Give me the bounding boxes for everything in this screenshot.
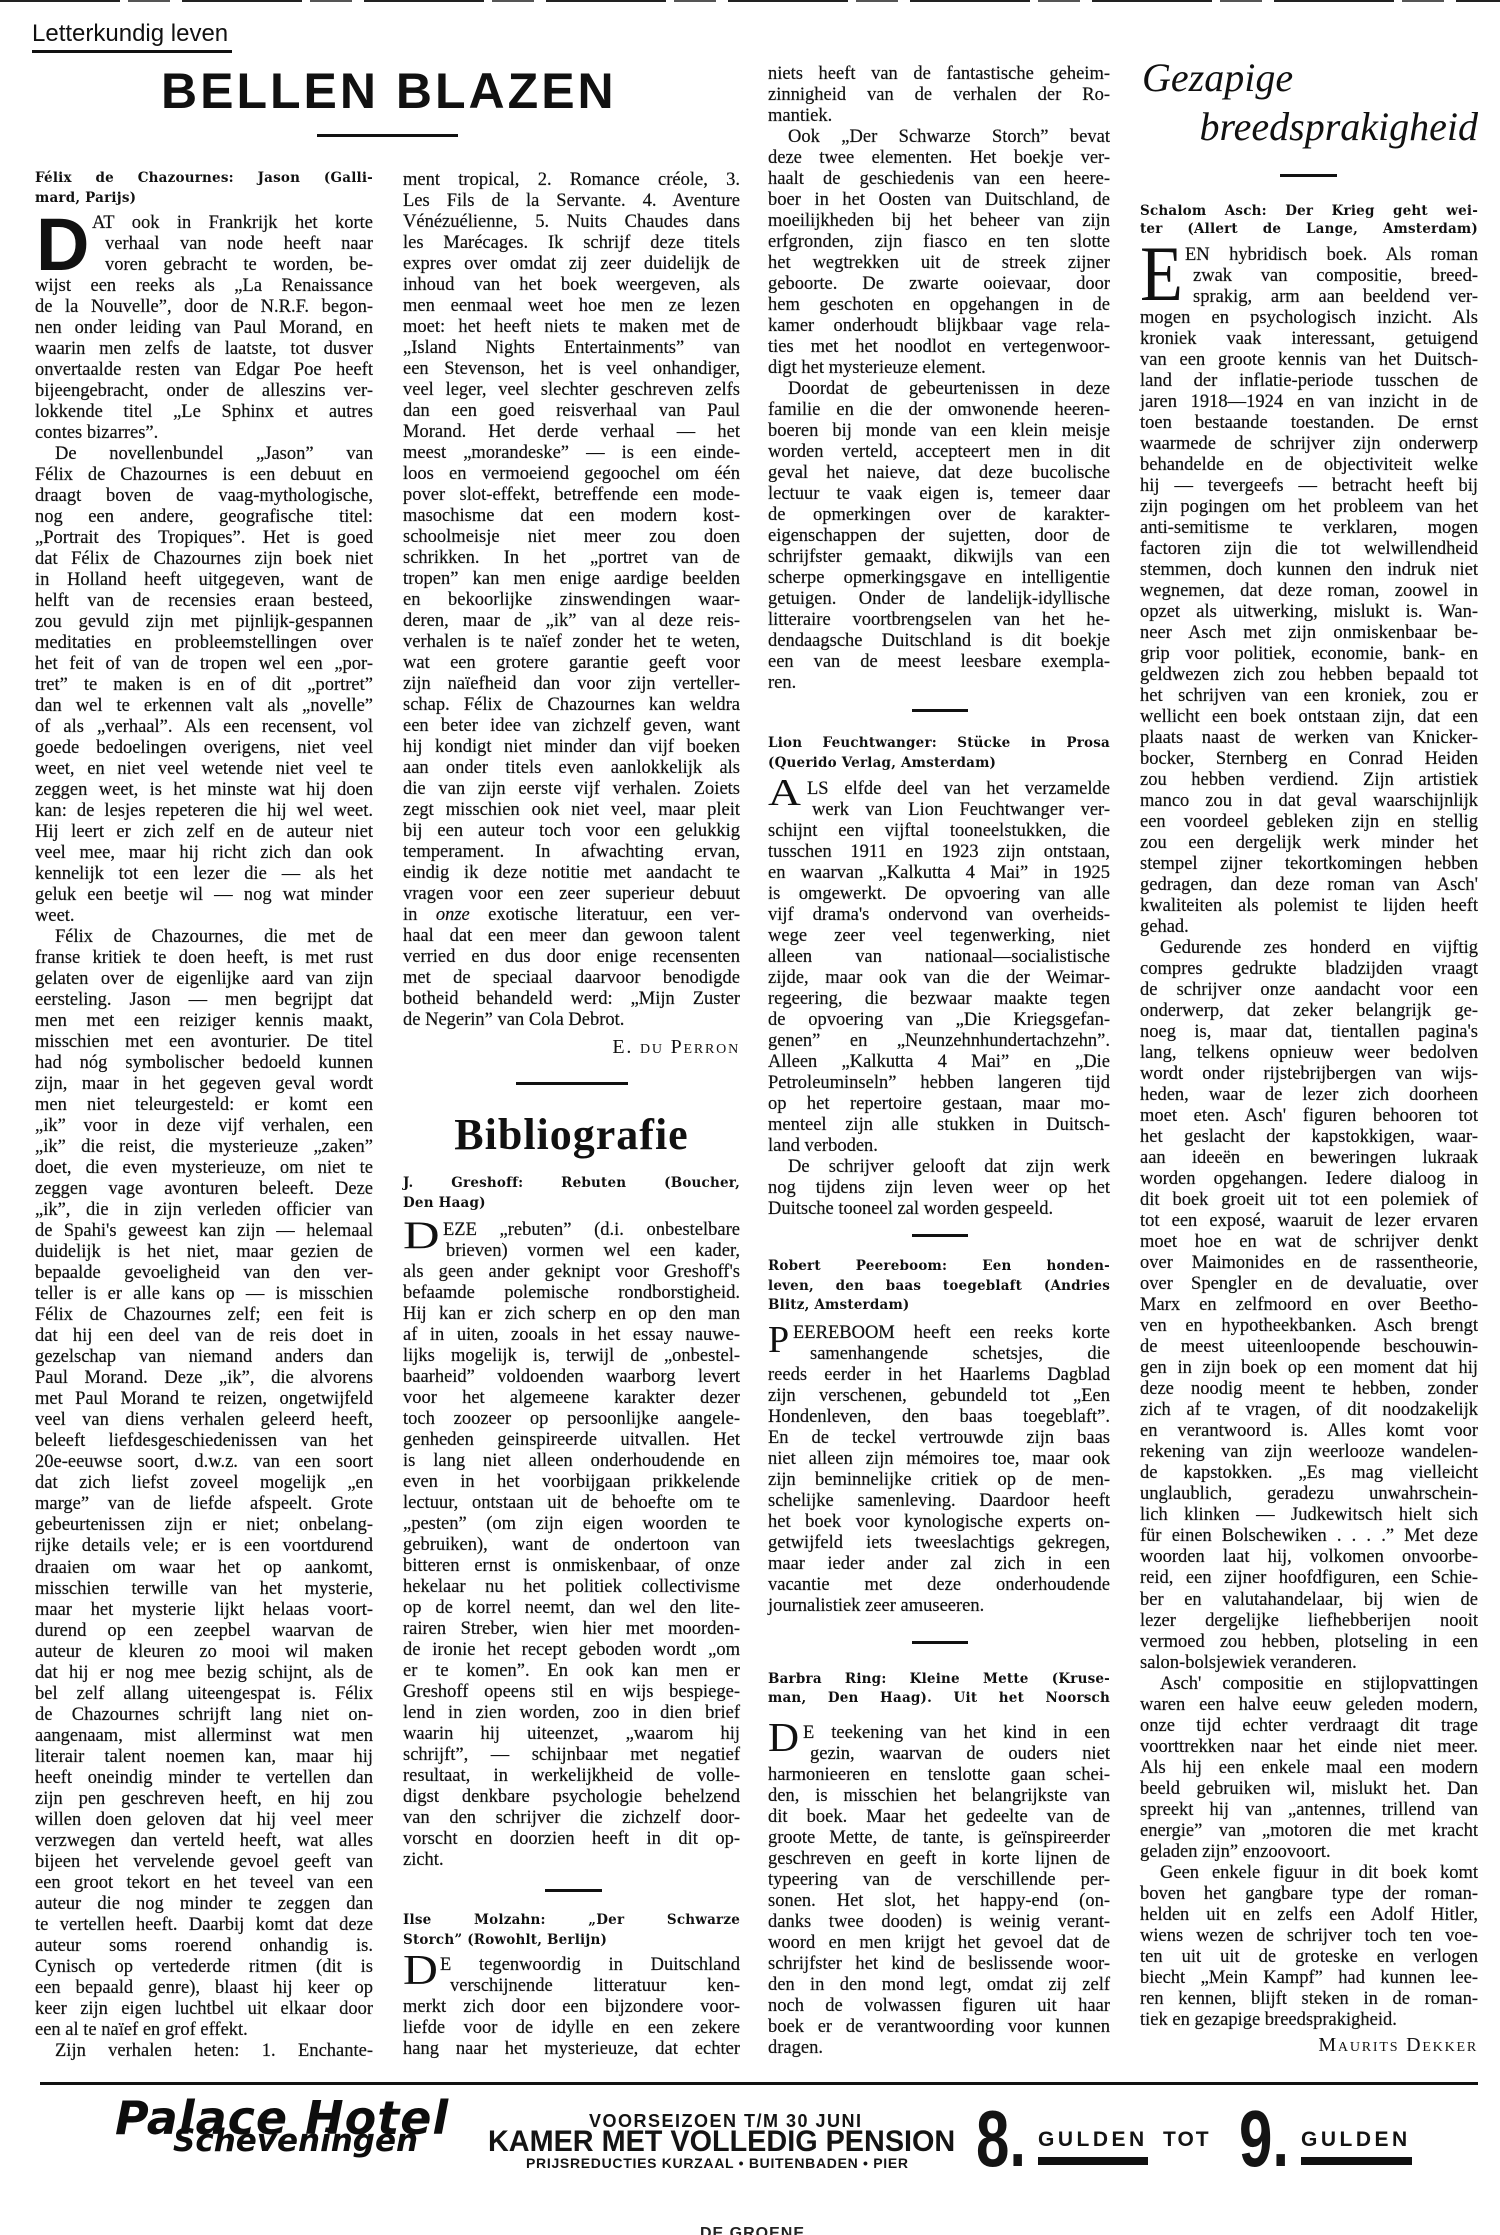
- text-line: een Stevenson, het is veel onhandiger,: [403, 359, 740, 380]
- text-line: draaien om waar het op aankomt,: [35, 1558, 373, 1579]
- text-line: neer Asch met zijn onmiskenbaar be-: [1140, 623, 1478, 644]
- heading-line: (Querido Verlag, Amsterdam): [768, 753, 1110, 773]
- review-body-stucke-in-prosa: ALS elfde deel van het verzameldewerk va…: [768, 779, 1110, 1220]
- text-line: noch de volwassen figuren uit haar: [768, 1996, 1110, 2017]
- text-line: scherpe opmerkingsgave en intelligentie: [768, 568, 1110, 589]
- text-line: grip voor politiek, economie, bank- en: [1140, 644, 1478, 665]
- text-line: getuigen. Onder de landelijk-idyllische: [768, 589, 1110, 610]
- text-line: zijde, maar ook van die der Weimar-: [768, 968, 1110, 989]
- text-line: een groot tekort en het teveel van een: [35, 1873, 373, 1894]
- text-line: Asch' compositie en stijlopvattingen: [1140, 1674, 1478, 1695]
- text-line: hij — tevergeefs — betracht heeft bij: [1140, 476, 1478, 497]
- review-heading-schwarze-storch: Ilse Molzahn: „Der SchwarzeStorch” (Rowo…: [403, 1910, 740, 1950]
- text-line: moet: het heeft niets te maken met de: [403, 317, 740, 338]
- text-line: zou hebben verdiend. Zijn artistiek: [1140, 770, 1478, 791]
- text-line: tret” te maken is en of dit „portret”: [35, 675, 373, 696]
- text-line: de Chazournes schrijft lang niet on-: [35, 1705, 373, 1726]
- section-divider: [912, 709, 968, 712]
- text-line: Gedurende zes honderd en vijftig: [1140, 938, 1478, 959]
- text-line: zijn naïefheid dan voor zijn verteller-: [403, 674, 740, 695]
- text-line: ber en valutahandelaar, bij wien de: [1140, 1590, 1478, 1611]
- text-line: rairen Streber, wien hier met moorden-: [403, 1619, 740, 1640]
- text-line: helden uit en zelfs een Adolf Hitler,: [1140, 1905, 1478, 1926]
- text-line: de opvoering van „Die Kriegsgefan-: [768, 1010, 1110, 1031]
- paragraph: EZE „rebuten” (d.i. onbestelbarebrieven)…: [403, 1220, 740, 1871]
- text-line: lokkende titel „Le Sphinx et autres: [35, 402, 373, 423]
- text-line: heden, waar de lezer zich doorheen: [1140, 1085, 1478, 1106]
- text-line: für einen Bolschewiken . . . .” Met deze: [1140, 1526, 1478, 1547]
- text-line: gehad.: [1140, 917, 1478, 938]
- text-line: samenhangende schetsjes, die: [768, 1344, 1110, 1365]
- text-line: een van de meest leesbare exempla-: [768, 652, 1110, 673]
- text-line: wellicht een boek ontstaan zijn, dat een: [1140, 707, 1478, 728]
- text-line: helft van de recensies eraan besteed,: [35, 591, 373, 612]
- text-line: spreekt hij van „antennes, trillend van: [1140, 1800, 1478, 1821]
- column-2: ment tropical, 2. Romance créole, 3.Les …: [403, 0, 740, 2070]
- text-line: en bekoorlijke zinswendingen waar-: [403, 590, 740, 611]
- text-line: lectuur te vaak eigen is, temeer daar: [768, 484, 1110, 505]
- text-line: EEREBOOM heeft een reeks korte: [768, 1323, 1110, 1344]
- text-line: hekelaar nu het politiek collectivisme: [403, 1577, 740, 1598]
- title-line: Gezapige: [1140, 53, 1478, 102]
- review-heading-stucke-in-prosa: Lion Feuchtwanger: Stücke in Prosa(Queri…: [768, 733, 1110, 773]
- text-line: toch zoozeer op persoonlijke aangele-: [403, 1409, 740, 1430]
- heading-line: Félix de Chazournes: Jason (Galli-: [35, 168, 373, 188]
- text-line: eersteling. Jason — men begrijpt dat: [35, 990, 373, 1011]
- text-line: het feit of van de tropen wel een „por-: [35, 654, 373, 675]
- text-line: literair talent noemen kan, maar hij: [35, 1747, 373, 1768]
- text-line: het schrijven van een kroniek, zou er: [1140, 686, 1478, 707]
- review-body-der-krieg-geht-weiter: EEN hybridisch boek. Als romanzwak van c…: [1140, 245, 1478, 2031]
- text-line: genen” en „Neunzehnhundertachzehn”.: [768, 1031, 1110, 1052]
- text-line: compres gedrukte bladzijden vraagt: [1140, 959, 1478, 980]
- column-4: GezapigebreedsprakigheidSchalom Asch: De…: [1140, 0, 1478, 2070]
- paragraph: E tegenwoordig in Duitschlandverschijnen…: [403, 1955, 740, 2060]
- text-line: aan ideeën en beweringen lukraak: [1140, 1148, 1478, 1169]
- text-line: toen bestaande toestanden. De ernst: [1140, 413, 1478, 434]
- text-line: 20e-eeuwse soort, d.w.z. van een soort: [35, 1452, 373, 1473]
- text-line: boven het gangbare type der roman-: [1140, 1884, 1478, 1905]
- text-line: befaamde polemische rondborstigheid.: [403, 1283, 740, 1304]
- text-line: dendaagsche Duitschland is dit boekje: [768, 631, 1110, 652]
- text-line: gedragen, dan deze roman van Asch': [1140, 875, 1478, 896]
- text-line: maar ieder ander zal zich in een: [768, 1554, 1110, 1575]
- text-line: hang naar het mysterieuze, dat echter: [403, 2039, 740, 2060]
- text-line: men eenmaal weet hoe men ze lezen: [403, 296, 740, 317]
- text-line: jaren 1918—1924 en van inzicht in de: [1140, 392, 1478, 413]
- drop-cap: E: [1140, 235, 1183, 313]
- text-line: inhoud van het boek weergeven, als: [403, 275, 740, 296]
- text-line: expres over omdat zij zeer duidelijk de: [403, 254, 740, 275]
- heading-line: Den Haag): [403, 1193, 740, 1213]
- text-line: Als hij een enkele maal een modern: [1140, 1758, 1478, 1779]
- running-footer: DE GROENE: [700, 2226, 805, 2235]
- text-line: onvertaalde resten van Edgar Poe heeft: [35, 360, 373, 381]
- paragraph: Geen enkele figuur in dit boek komtboven…: [1140, 1863, 1478, 2031]
- text-line: boek er de verantwoording voor kunnen: [768, 2017, 1110, 2038]
- text-line: bocker, Sternberg en Conrad Heiden: [1140, 749, 1478, 770]
- text-line: noeg is, maar dat, tientallen pagina's: [1140, 1022, 1478, 1043]
- text-line: zijn, maar in het gegeven geval wordt: [35, 1074, 373, 1095]
- text-line: zou gevuld zijn met pijnlijk-gespannen: [35, 612, 373, 633]
- text-line: dragen.: [768, 2038, 1110, 2059]
- text-line: een bepaald genre), blaast hij keer op: [35, 1978, 373, 1999]
- text-line: dan wel te erkennen valt als „novelle”: [35, 696, 373, 717]
- heading-line: Barbra Ring: Kleine Mette (Kruse-: [768, 1670, 1110, 1689]
- text-line: ren.: [768, 673, 1110, 694]
- text-line: schrijfster het kind de beslissende woor…: [768, 1954, 1110, 1975]
- text-line: land der inflatie-periode tusschen de: [1140, 371, 1478, 392]
- text-line: de opmerkingen over de karakter-: [768, 505, 1110, 526]
- text-line: EN hybridisch boek. Als roman: [1140, 245, 1478, 266]
- text-line: „Portrait des Tropiques”. Het is goed: [35, 528, 373, 549]
- paragraph: Félix de Chazournes, die met defranse kr…: [35, 927, 373, 2041]
- text-line: plaats naast de werken van Knicker-: [1140, 728, 1478, 749]
- text-line: gen in zijn boek op een moment dat hij: [1140, 1358, 1478, 1379]
- text-line: bitteren ernst is onmiskenbaar, of onze: [403, 1556, 740, 1577]
- text-line: te vertellen heeft. Daarbij komt dat dez…: [35, 1915, 373, 1936]
- section-divider: [912, 1234, 968, 1237]
- text-line: gebeurtenissen zijn er niet; onbelang-: [35, 1515, 373, 1536]
- heading-line: man, Den Haag). Uit het Noorsch: [768, 1689, 1110, 1708]
- price-dash-bar: [1301, 2157, 1412, 2165]
- text-line: liefde voor de idylle en een zekere: [403, 2018, 740, 2039]
- text-line: bijeen het vervelende gevoel geeft van: [35, 1852, 373, 1873]
- text-line: moet hoe en wat de schrijver denkt: [1140, 1232, 1478, 1253]
- text-line: van een groote kennis van het Duitsch-: [1140, 350, 1478, 371]
- text-line: geboorte. De zwarte ooievaar, door: [768, 274, 1110, 295]
- text-line: de Negerin” van Cola Debrot.: [403, 1010, 740, 1031]
- currency-to: GULDEN: [1301, 2129, 1411, 2150]
- text-line: is omgewerkt. De opvoering van alle: [768, 884, 1110, 905]
- text-line: Cynisch op vertederde ritmen (dit is: [35, 1957, 373, 1978]
- drop-cap: D: [768, 1717, 799, 1758]
- paragraph: E teekening van het kind in eengezin, wa…: [768, 1723, 1110, 2059]
- text-line: zinnigheid van de verhalen der Ro-: [768, 85, 1110, 106]
- text-line: op de korrel neemt, dan wel den lite-: [403, 1598, 740, 1619]
- text-line: geschreven en geeft in korte lijnen de: [768, 1849, 1110, 1870]
- text-line: pover slot-effekt, betreffende een mode-: [403, 485, 740, 506]
- text-line: loos en vermoeiend gegoochel om één: [403, 464, 740, 485]
- text-line: sprakig, arm aan beeldend ver-: [1140, 287, 1478, 308]
- price-dash-bar: [1038, 2157, 1148, 2165]
- text-line: verzwegen dan verteld heeft, wat alles: [35, 1831, 373, 1852]
- text-line: energie” van „motoren die met kracht: [1140, 1821, 1478, 1842]
- text-line: duidelijk is het niet, maar gezien de: [35, 1242, 373, 1263]
- text-line: had nóg symbolischer bedoeld kunnen: [35, 1053, 373, 1074]
- text-line: dat Félix de Chazournes zijn boek niet: [35, 549, 373, 570]
- text-line: geladen zijn” enzoovoort.: [1140, 1842, 1478, 1863]
- paragraph: ment tropical, 2. Romance créole, 3.Les …: [403, 170, 740, 1032]
- paragraph: EEREBOOM heeft een reeks kortesamenhange…: [768, 1323, 1110, 1617]
- text-line: verschijnende litteratuur ken-: [403, 1976, 740, 1997]
- text-line: journalistiek zeer amuseeren.: [768, 1596, 1110, 1617]
- text-line: Félix de Chazournes, die met de: [35, 927, 373, 948]
- text-line: misschien terwille van het mysterie,: [35, 1579, 373, 1600]
- text-line: Petroleuminseln” hebben langeren tijd: [768, 1073, 1110, 1094]
- paragraph: Gedurende zes honderd en vijftigcompres …: [1140, 938, 1478, 1674]
- text-line: in Holland heeft uitgegeven, want de: [35, 570, 373, 591]
- text-line: weet, en niet veel wetende niet veel te: [35, 759, 373, 780]
- text-line: biecht „Mein Kampf” had kunnen lee-: [1140, 1968, 1478, 1989]
- text-line: Hij leert er zich zelf en de auteur niet: [35, 822, 373, 843]
- heading-line: Lion Feuchtwanger: Stücke in Prosa: [768, 733, 1110, 753]
- text-line: alleen van nationaal—socialistische: [768, 947, 1110, 968]
- text-line: veel leger, veel slechter geschreven zel…: [403, 380, 740, 401]
- text-line: lezer dergelijke liefhebberijen nooit: [1140, 1611, 1478, 1632]
- text-line: tot een exposé, waaruit de lezer ervaren: [1140, 1211, 1478, 1232]
- text-line: „ik” voor in deze vijf verhalen, een: [35, 1116, 373, 1137]
- room-offer: KAMER MET VOLLEDIG PENSION: [488, 2127, 955, 2157]
- column-3: niets heeft van de fantastische geheim-z…: [768, 0, 1110, 2070]
- text-line: met de speciaal daarvoor benodigde: [403, 968, 740, 989]
- text-line: masochisme dat een modern kost-: [403, 506, 740, 527]
- text-line: zou een dergelijk werk minder het: [1140, 833, 1478, 854]
- text-line: lectuur, ontstaan uit de behoefte om te: [403, 1493, 740, 1514]
- text-line: brieven) vormen wel een kader,: [403, 1241, 740, 1262]
- text-line: mantiek.: [768, 106, 1110, 127]
- text-line: en verantwoord is. Alles komt voor: [1140, 1421, 1478, 1442]
- text-line: zijn pogingen om het probleem van het: [1140, 497, 1478, 518]
- review-body-jason: DAT ook in Frankrijk het korteverhaal va…: [35, 213, 373, 2062]
- text-line: rijke details vele; er is een voortduren…: [35, 1536, 373, 1557]
- text-line: Alleen „Kalkutta 4 Mai” en „Die: [768, 1052, 1110, 1073]
- paragraph: niets heeft van de fantastische geheim-z…: [768, 64, 1110, 127]
- drop-cap: P: [768, 1321, 789, 1359]
- text-line: schijnt een vijftal tooneelstukken, die: [768, 821, 1110, 842]
- text-line: lich klinken — Judkewitsch hielt sich: [1140, 1505, 1478, 1526]
- text-line: rekening van zijn weerlooze wandelen-: [1140, 1442, 1478, 1463]
- text-line: schrikken. In het „portret van de: [403, 548, 740, 569]
- text-line: baarheid” voldoenden waarborg levert: [403, 1367, 740, 1388]
- text-line: schoolmeisje niet meer zou doen: [403, 527, 740, 548]
- text-run: in: [403, 905, 436, 925]
- text-line: EZE „rebuten” (d.i. onbestelbare: [403, 1220, 740, 1241]
- text-line: Zijn verhalen heten: 1. Enchante-: [35, 2041, 373, 2062]
- text-line: worden opgehangen. Iedere dialoog in: [1140, 1169, 1478, 1190]
- text-line: groote Mette, de tante, is geïnspireerde…: [768, 1828, 1110, 1849]
- text-line: salon-bolsjewiek veranderen.: [1140, 1653, 1478, 1674]
- paragraph: Ook „Der Schwarze Storch” bevatdeze twee…: [768, 127, 1110, 379]
- text-line: Geen enkele figuur in dit boek komt: [1140, 1863, 1478, 1884]
- text-line: lend in zien worden, zoo in dien brief: [403, 1703, 740, 1724]
- text-line: behandelde en de objectiviteit welke: [1140, 455, 1478, 476]
- text-line: land verboden.: [768, 1136, 1110, 1157]
- text-line: tiek en gezapige breedsprakigheid.: [1140, 2010, 1478, 2031]
- text-line: goede bedoelingen overigens, niet veel: [35, 738, 373, 759]
- heading-line: Schalom Asch: Der Krieg geht wei-: [1140, 202, 1478, 220]
- text-line: een voordeel gebleken zijn en stellig: [1140, 812, 1478, 833]
- text-line: stemmen, doch kunnen den indruk niet: [1140, 560, 1478, 581]
- text-line: deze twee elementen. Het boekje ver-: [768, 148, 1110, 169]
- text-line: gelaten over de eigenlijke aard van zijn: [35, 969, 373, 990]
- section-title-bibliografie: Bibliografie: [403, 1113, 740, 1157]
- text-line: familie en die der omwonende heeren-: [768, 400, 1110, 421]
- review-heading-kleine-mette: Barbra Ring: Kleine Mette (Kruse-man, De…: [768, 1670, 1110, 1708]
- text-line: meditaties en probleemstellingen over: [35, 633, 373, 654]
- text-line: unglaublich, geradezu unwahrschein-: [1140, 1484, 1478, 1505]
- text-line: De novellenbundel „Jason” van: [35, 444, 373, 465]
- paragraph: Asch' compositie en stijlopvattingenware…: [1140, 1674, 1478, 1863]
- text-line: aan onder titels even aanlokkelijk als: [403, 758, 740, 779]
- text-line: ties met het noodlot en vertegenwoor-: [768, 337, 1110, 358]
- text-line: gebruiken), want de ondertoon van: [403, 1535, 740, 1556]
- text-line: verried en dus door enige recensenten: [403, 947, 740, 968]
- text-line: waarin hij uiteenzet, „waarom hij: [403, 1724, 740, 1745]
- text-line: contes bizarres”.: [35, 423, 373, 444]
- text-line: die van zijn eerste vijf verhalen. Zoiet…: [403, 779, 740, 800]
- text-line: stempel zijner tekortkomingen hebben: [1140, 854, 1478, 875]
- text-line: werk van Lion Feuchtwanger ver-: [768, 800, 1110, 821]
- text-line: eindig ik deze notitie met aandacht te: [403, 863, 740, 884]
- text-line: Vénézuélienne, 5. Nuits Chaudes dans: [403, 212, 740, 233]
- text-line: en waarvan „Kalkutta 4 Mai” in 1925: [768, 863, 1110, 884]
- text-line: moet eten. Asch' figuren behooren tot: [1140, 1106, 1478, 1127]
- text-line: zicht.: [403, 1850, 740, 1871]
- text-line: in onze exotische literatuur, een ver-: [403, 905, 740, 926]
- text-line: haal dat een meer dan gewoon talent: [403, 926, 740, 947]
- text-line: meest „morandeske” — is een einde-: [403, 443, 740, 464]
- text-line: boeren bij monde van een klein meisje: [768, 421, 1110, 442]
- text-line: teller is er alle kans op — is misschien: [35, 1284, 373, 1305]
- text-line: getwijfeld iets tweeslachtigs gekregen,: [768, 1533, 1110, 1554]
- text-line: maar het mysterie lijkt helaas voort-: [35, 1600, 373, 1621]
- text-line: Les Fils de la Servante. 4. Aventure: [403, 191, 740, 212]
- text-line: van den schrijver die zichzelf door-: [403, 1808, 740, 1829]
- text-line: ment tropical, 2. Romance créole, 3.: [403, 170, 740, 191]
- paragraph: LS elfde deel van het verzameldewerk van…: [768, 779, 1110, 1157]
- text-line: vorscht en doorzien heeft in dit op-: [403, 1829, 740, 1850]
- text-line: kroniek vaak interessant, getuigend: [1140, 329, 1478, 350]
- text-line: de kapstokken. „Es mag vielleicht: [1140, 1463, 1478, 1484]
- text-line: reeds eerder in het Haarlems Dagblad: [768, 1365, 1110, 1386]
- text-line: schrijfster gemaakt, dikwijls van een: [768, 547, 1110, 568]
- text-run: exotische literatuur, een ver-: [470, 905, 740, 925]
- text-line: manco zou in dat geval waarschijnlijk: [1140, 791, 1478, 812]
- text-line: marge” van de liefde afspeelt. Grote: [35, 1494, 373, 1515]
- text-line: dit boek groeit uit tot een polemiek of: [1140, 1190, 1478, 1211]
- section-divider: [516, 1082, 628, 1085]
- text-line: menteel zijn alle stukken in Duitsch-: [768, 1115, 1110, 1136]
- text-line: erfgronden, zijn fiasco en ten slotte: [768, 232, 1110, 253]
- text-line: gezin, waarvan de ouders niet: [768, 1744, 1110, 1765]
- text-line: waren een halve eeuw geleden modern,: [1140, 1695, 1478, 1716]
- text-line: zegt misschien ook niet veel, maar pleit: [403, 800, 740, 821]
- text-line: dat hij een deel van de reis doet in: [35, 1326, 373, 1347]
- author-signature: E. du Perron: [403, 1037, 740, 1057]
- text-line: vijf drama's ondervond van overheids-: [768, 905, 1110, 926]
- text-line: als geen ander geknipt voor Greshoff's: [403, 1262, 740, 1283]
- review-body-jason-continued: ment tropical, 2. Romance créole, 3.Les …: [403, 170, 740, 1032]
- emphasis: onze: [436, 905, 470, 925]
- heading-line: leven, den baas toegeblaft (Andries: [768, 1277, 1110, 1297]
- text-line: moeilijkheden bij het beheer van zijn: [768, 211, 1110, 232]
- text-line: digst denkbare psychologie behelzend: [403, 1787, 740, 1808]
- text-line: het wegtrekken uit de streek zijner: [768, 253, 1110, 274]
- section-divider: [545, 1889, 602, 1892]
- text-line: kennelijk tot een lezer die — als het: [35, 864, 373, 885]
- text-line: is lang niet alleen onderhoudende en: [403, 1451, 740, 1472]
- review-body-schwarze-storch: DE tegenwoordig in Duitschlandverschijne…: [403, 1955, 740, 2060]
- text-line: Duitsche tooneel zal worden gespeeld.: [768, 1199, 1110, 1220]
- review-body-kleine-mette: DE teekening van het kind in eengezin, w…: [768, 1723, 1110, 2059]
- text-line: over Maimonides en de rassentheorie,: [1140, 1253, 1478, 1274]
- text-line: opzet als uitwerking, mislukt is. Wan-: [1140, 602, 1478, 623]
- text-line: veel van diens verhalen geleerd heeft,: [35, 1410, 373, 1431]
- article-title-gezapige-breedsprakigheid: Gezapigebreedsprakigheid: [1140, 53, 1478, 151]
- text-line: waarin men zelfs de laatste, tot dusver: [35, 339, 373, 360]
- text-line: voor het algemeene karakter dezer: [403, 1388, 740, 1409]
- text-line: worden verteld, accepteert men in dit: [768, 442, 1110, 463]
- section-divider: [1280, 174, 1337, 177]
- text-line: misschien met een avonturier. De titel: [35, 1032, 373, 1053]
- text-line: Morand. Het derde verhaal — het: [403, 422, 740, 443]
- text-line: auteur de kleuren zo mooi wil maken: [35, 1642, 373, 1663]
- heading-line: J. Greshoff: Rebuten (Boucher,: [403, 1173, 740, 1193]
- text-line: geluk een beetje wil — nog wat minder: [35, 885, 373, 906]
- text-line: auteur die nog minder te zeggen dan: [35, 1894, 373, 1915]
- text-line: niet alleen zijn mémoires toe, maar ook: [768, 1449, 1110, 1470]
- paragraph: Zijn verhalen heten: 1. Enchante-: [35, 2041, 373, 2062]
- text-line: franse kritiek te doen heeft, is met rus…: [35, 948, 373, 969]
- text-line: er te komen”. En ook kan men er: [403, 1661, 740, 1682]
- text-line: „Island Nights Entertainments” van: [403, 338, 740, 359]
- text-line: men met een reiziger kennis maakt,: [35, 1011, 373, 1032]
- text-line: kamer onderhoudt blijkbaar vage rela-: [768, 316, 1110, 337]
- text-line: lang, telkens opnieuw weer bedolven: [1140, 1043, 1478, 1064]
- text-line: wege zeer veel tegenwerking, niet: [768, 926, 1110, 947]
- drop-cap: D: [36, 208, 89, 282]
- text-line: de la Nouvelle”, door de N.R.F. begon-: [35, 297, 373, 318]
- text-line: voorttrekken naar het einde niet meer.: [1140, 1737, 1478, 1758]
- text-line: durend op een zeepbel waarvan de: [35, 1621, 373, 1642]
- range-word: TOT: [1163, 2129, 1211, 2150]
- paragraph: EN hybridisch boek. Als romanzwak van co…: [1140, 245, 1478, 939]
- text-line: „ik” die reist, die mysterieuze „zaken”: [35, 1137, 373, 1158]
- review-heading-der-krieg-geht-weiter: Schalom Asch: Der Krieg geht wei-ter (Al…: [1140, 202, 1478, 238]
- text-line: weet.: [35, 906, 373, 927]
- text-line: vragen voor een zeer superieur debuut: [403, 884, 740, 905]
- text-line: woord en men krijgt het gevoel dat de: [768, 1933, 1110, 1954]
- heading-line: ter (Allert de Lange, Amsterdam): [1140, 220, 1478, 238]
- text-line: een beter idee van zichzelf geven, want: [403, 716, 740, 737]
- text-line: lijks mogelijk is, terwijl de „onbestel-: [403, 1346, 740, 1367]
- heading-line: Blitz, Amsterdam): [768, 1296, 1110, 1316]
- text-line: haalt de geschiedenis van een heere-: [768, 169, 1110, 190]
- text-line: zijn pen geschreven heeft, en hij zou: [35, 1789, 373, 1810]
- text-line: Hondenleven, den baas toegeblaft”.: [768, 1407, 1110, 1428]
- text-line: nog een andere, geografische titel:: [35, 507, 373, 528]
- review-body-schwarze-storch-continued: niets heeft van de fantastische geheim-z…: [768, 64, 1110, 694]
- text-line: woorden laat hij, volkomen onvoorbe-: [1140, 1547, 1478, 1568]
- text-line: de Spahi's geweest kan zijn — helemaal: [35, 1221, 373, 1242]
- text-line: Paul Morand. Deze „ik”, die alvorens: [35, 1368, 373, 1389]
- text-line: dat hij er nog mee bezig schijnt, als de: [35, 1663, 373, 1684]
- paragraph: Doordat de gebeurtenissen in dezefamilie…: [768, 379, 1110, 694]
- text-line: het geslacht der kapstokkigen, waar-: [1140, 1127, 1478, 1148]
- text-line: ren kennen, blijft steken in de roman-: [1140, 1989, 1478, 2010]
- text-line: op het repertoire gestaan, maar mo-: [768, 1094, 1110, 1115]
- heading-line: Ilse Molzahn: „Der Schwarze: [403, 1910, 740, 1930]
- text-line: dit boek. Maar het gedeelte van de: [768, 1807, 1110, 1828]
- text-line: auteur soms roerend onhandig is.: [35, 1936, 373, 1957]
- drop-cap: D: [403, 1216, 440, 1255]
- review-heading-hondenleven: Robert Peereboom: Een honden-leven, den …: [768, 1257, 1110, 1316]
- text-line: ven en hypotheekbanken. Asch brengt: [1140, 1316, 1478, 1337]
- text-line: tusschen 1911 en 1923 zijn ontstaan,: [768, 842, 1110, 863]
- text-line: kan: de lesjes repeteren die hij wel wee…: [35, 801, 373, 822]
- text-line: beeld gebruiken wil, mislukt het. Dan: [1140, 1779, 1478, 1800]
